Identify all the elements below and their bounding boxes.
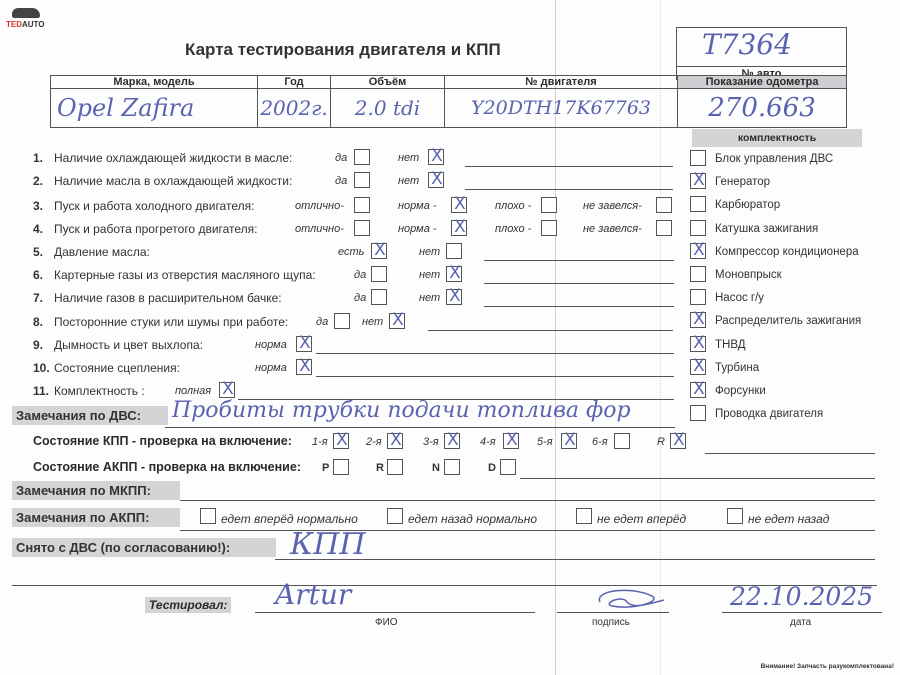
mkpp-remarks-label: Замечания по МКПП: bbox=[12, 481, 180, 500]
question-text: Давление масла: bbox=[54, 245, 150, 259]
akpp-gear-label: P bbox=[322, 462, 329, 474]
car-number-box: T7364 № авто bbox=[676, 27, 847, 80]
check-mark-icon: X bbox=[452, 217, 468, 237]
akpp-gear-label: N bbox=[432, 462, 440, 474]
option-checkbox[interactable]: X bbox=[371, 243, 387, 259]
option-label: отлично- bbox=[295, 223, 344, 235]
question-number: 4. bbox=[33, 222, 43, 236]
check-mark-icon: X bbox=[334, 430, 350, 450]
gear-checkbox[interactable]: X bbox=[387, 433, 403, 449]
volume-value: 2.0 tdi bbox=[331, 89, 445, 128]
option-label: плохо - bbox=[495, 200, 531, 212]
gear-checkbox[interactable]: X bbox=[444, 433, 460, 449]
completeness-checkbox[interactable]: X bbox=[690, 173, 706, 189]
removed-label: Снято с ДВС (по согласованию!): bbox=[12, 538, 276, 557]
completeness-checkbox[interactable] bbox=[690, 220, 706, 236]
akpp-gear-checkbox[interactable] bbox=[444, 459, 460, 475]
completeness-item-label: Распределитель зажигания bbox=[715, 315, 861, 327]
check-mark-icon: X bbox=[445, 430, 461, 450]
option-label: нет bbox=[419, 246, 440, 258]
question-text: Комплектность : bbox=[54, 384, 145, 398]
question-notes-line[interactable] bbox=[465, 166, 673, 167]
car-icon bbox=[12, 8, 40, 18]
option-checkbox[interactable] bbox=[334, 313, 350, 329]
model-value: Opel Zafira bbox=[51, 89, 258, 128]
question-text: Пуск и работа холодного двигателя: bbox=[54, 199, 254, 213]
engine-remarks-label: Замечания по ДВС: bbox=[12, 406, 168, 425]
akpp-remarks-underline[interactable] bbox=[180, 530, 875, 531]
check-mark-icon: X bbox=[372, 240, 388, 260]
logo: TEDAUTO bbox=[6, 8, 46, 29]
akpp-gear-checkbox[interactable] bbox=[333, 459, 349, 475]
gear-label: 6-я bbox=[592, 436, 608, 448]
completeness-item-label: Генератор bbox=[715, 176, 770, 188]
question-notes-line[interactable] bbox=[316, 376, 674, 377]
completeness-item-label: Насос г/у bbox=[715, 292, 764, 304]
akpp-remark-checkbox[interactable] bbox=[200, 508, 216, 524]
car-number-value: T7364 bbox=[702, 28, 792, 61]
option-label: плохо - bbox=[495, 223, 531, 235]
option-checkbox[interactable]: X bbox=[451, 197, 467, 213]
question-notes-line[interactable] bbox=[316, 353, 674, 354]
akpp-gear-checkbox[interactable] bbox=[387, 459, 403, 475]
check-mark-icon: X bbox=[504, 430, 520, 450]
option-label: нет bbox=[398, 152, 419, 164]
col-header-model: Марка, модель bbox=[51, 76, 258, 89]
option-label: отлично- bbox=[295, 200, 344, 212]
removed-value[interactable]: КПП bbox=[290, 527, 366, 562]
akpp-gear-checkbox[interactable] bbox=[500, 459, 516, 475]
gear-label: 5-я bbox=[537, 436, 553, 448]
gear-checkbox[interactable]: X bbox=[503, 433, 519, 449]
gear-label: 3-я bbox=[423, 436, 439, 448]
option-label: норма - bbox=[398, 200, 437, 212]
completeness-checkbox[interactable]: X bbox=[690, 336, 706, 352]
year-value: 2002г. bbox=[258, 89, 331, 128]
question-notes-line[interactable] bbox=[484, 283, 674, 284]
completeness-item-label: Форсунки bbox=[715, 385, 766, 397]
question-text: Наличие охлаждающей жидкости в масле: bbox=[54, 151, 292, 165]
check-mark-icon: X bbox=[691, 379, 707, 399]
option-label: нет bbox=[419, 269, 440, 281]
completeness-item-label: Карбюратор bbox=[715, 199, 780, 211]
check-mark-icon: X bbox=[691, 170, 707, 190]
option-label: нет bbox=[362, 316, 383, 328]
auto-gearbox-underline bbox=[520, 478, 875, 479]
option-label: да bbox=[335, 152, 347, 164]
option-checkbox[interactable]: X bbox=[219, 382, 235, 398]
akpp-gear-label: R bbox=[376, 462, 384, 474]
option-label: да bbox=[354, 269, 366, 281]
option-label: норма bbox=[255, 362, 287, 374]
tested-by-label: Тестировал: bbox=[145, 597, 231, 613]
completeness-item-label: Блок управления ДВС bbox=[715, 153, 833, 165]
question-notes-line[interactable] bbox=[465, 189, 673, 190]
completeness-item-label: Компрессор кондиционера bbox=[715, 246, 859, 258]
tester-name-value[interactable]: Artur bbox=[275, 578, 351, 611]
logo-text-dark: AUTO bbox=[22, 20, 45, 29]
question-notes-line[interactable] bbox=[484, 306, 674, 307]
option-checkbox[interactable] bbox=[354, 149, 370, 165]
option-checkbox[interactable] bbox=[446, 243, 462, 259]
question-number: 9. bbox=[33, 338, 43, 352]
question-text: Дымность и цвет выхлопа: bbox=[54, 338, 203, 352]
signature-underline bbox=[557, 612, 669, 613]
completeness-item-label: Турбина bbox=[715, 362, 759, 374]
option-checkbox[interactable]: X bbox=[446, 289, 462, 305]
completeness-checkbox[interactable]: X bbox=[690, 312, 706, 328]
option-checkbox[interactable] bbox=[541, 220, 557, 236]
question-number: 8. bbox=[33, 315, 43, 329]
question-number: 6. bbox=[33, 268, 43, 282]
auto-gearbox-label: Состояние АКПП - проверка на включение: bbox=[33, 460, 301, 474]
question-notes-line[interactable] bbox=[428, 330, 673, 331]
option-label: не завелся- bbox=[583, 223, 642, 235]
check-mark-icon: X bbox=[562, 430, 578, 450]
mkpp-remarks-field[interactable] bbox=[180, 500, 875, 501]
question-text: Наличие газов в расширительном бачке: bbox=[54, 291, 282, 305]
completeness-checkbox[interactable]: X bbox=[690, 382, 706, 398]
engine-remarks-value[interactable]: Пробиты трубки подачи топлива фор bbox=[172, 398, 631, 423]
question-number: 2. bbox=[33, 174, 43, 188]
vehicle-info-table: Марка, модель Год Объём № двигателя Пока… bbox=[50, 75, 847, 128]
question-text: Состояние сцепления: bbox=[54, 361, 180, 375]
option-checkbox[interactable] bbox=[656, 220, 672, 236]
completeness-checkbox[interactable]: X bbox=[690, 243, 706, 259]
option-label: нет bbox=[419, 292, 440, 304]
option-label: да bbox=[354, 292, 366, 304]
check-mark-icon: X bbox=[691, 333, 707, 353]
option-checkbox[interactable] bbox=[371, 289, 387, 305]
option-label: есть bbox=[338, 246, 364, 258]
gear-checkbox[interactable]: X bbox=[561, 433, 577, 449]
gear-label: 1-я bbox=[312, 436, 328, 448]
option-checkbox[interactable] bbox=[541, 197, 557, 213]
name-caption: ФИО bbox=[375, 617, 398, 628]
check-mark-icon: X bbox=[691, 240, 707, 260]
akpp-gear-label: D bbox=[488, 462, 496, 474]
engine-remarks-underline bbox=[165, 427, 675, 428]
check-mark-icon: X bbox=[429, 169, 445, 189]
akpp-remark-checkbox[interactable] bbox=[387, 508, 403, 524]
manual-gearbox-label: Состояние КПП - проверка на включение: bbox=[33, 434, 292, 448]
engine-no-value: Y20DTH17K67763 bbox=[445, 89, 678, 128]
gear-checkbox[interactable]: X bbox=[333, 433, 349, 449]
option-checkbox[interactable] bbox=[371, 266, 387, 282]
date-value[interactable]: 22.10.2025 bbox=[730, 582, 873, 611]
akpp-remark-checkbox[interactable] bbox=[727, 508, 743, 524]
option-checkbox[interactable]: X bbox=[451, 220, 467, 236]
option-checkbox[interactable] bbox=[354, 220, 370, 236]
odometer-value: 270.663 bbox=[678, 89, 847, 128]
check-mark-icon: X bbox=[220, 379, 236, 399]
check-mark-icon: X bbox=[691, 356, 707, 376]
warning-text: Внимание! Запчасть разукомплектована! bbox=[761, 663, 894, 670]
question-number: 1. bbox=[33, 151, 43, 165]
removed-underline bbox=[275, 559, 875, 560]
completeness-checkbox[interactable] bbox=[690, 405, 706, 421]
check-mark-icon: X bbox=[671, 430, 687, 450]
option-label: нет bbox=[398, 175, 419, 187]
question-notes-line[interactable] bbox=[484, 260, 674, 261]
option-label: полная bbox=[175, 385, 211, 397]
option-label: да bbox=[316, 316, 328, 328]
option-checkbox[interactable]: X bbox=[446, 266, 462, 282]
option-checkbox[interactable] bbox=[656, 197, 672, 213]
check-mark-icon: X bbox=[429, 146, 445, 166]
akpp-remark-label: едет назад нормально bbox=[408, 512, 537, 526]
question-number: 10. bbox=[33, 361, 50, 375]
signature-caption: подпись bbox=[592, 617, 630, 628]
option-checkbox[interactable] bbox=[354, 197, 370, 213]
completeness-item-label: Моновпрыск bbox=[715, 269, 782, 281]
col-header-volume: Объём bbox=[331, 76, 445, 89]
option-checkbox[interactable]: X bbox=[389, 313, 405, 329]
check-mark-icon: X bbox=[297, 333, 313, 353]
option-checkbox[interactable] bbox=[354, 172, 370, 188]
gear-checkbox[interactable]: X bbox=[670, 433, 686, 449]
option-label: не завелся- bbox=[583, 200, 642, 212]
gear-checkbox[interactable] bbox=[614, 433, 630, 449]
option-checkbox[interactable]: X bbox=[296, 359, 312, 375]
completeness-checkbox[interactable] bbox=[690, 289, 706, 305]
completeness-checkbox[interactable] bbox=[690, 150, 706, 166]
signature[interactable] bbox=[592, 588, 666, 610]
akpp-remark-checkbox[interactable] bbox=[576, 508, 592, 524]
logo-text-red: TED bbox=[6, 20, 22, 29]
completeness-checkbox[interactable]: X bbox=[690, 359, 706, 375]
check-mark-icon: X bbox=[452, 194, 468, 214]
question-text: Посторонние стуки или шумы при работе: bbox=[54, 315, 288, 329]
akpp-remarks-label: Замечания по АКПП: bbox=[12, 508, 180, 527]
manual-gearbox-underline bbox=[705, 453, 875, 454]
option-label: норма - bbox=[398, 223, 437, 235]
check-mark-icon: X bbox=[297, 356, 313, 376]
question-text: Картерные газы из отверстия масляного щу… bbox=[54, 268, 316, 282]
completeness-item-label: Катушка зажигания bbox=[715, 223, 818, 235]
akpp-remark-label: едет вперёд нормально bbox=[221, 512, 358, 526]
check-mark-icon: X bbox=[390, 310, 406, 330]
question-text: Пуск и работа прогретого двигателя: bbox=[54, 222, 258, 236]
col-header-engine-no: № двигателя bbox=[445, 76, 678, 89]
gear-label: 2-я bbox=[366, 436, 382, 448]
option-checkbox[interactable]: X bbox=[428, 149, 444, 165]
check-mark-icon: X bbox=[447, 263, 463, 283]
col-header-odometer: Показание одометра bbox=[678, 76, 847, 89]
completeness-header: комплектность bbox=[692, 129, 862, 147]
question-number: 5. bbox=[33, 245, 43, 259]
gear-label: R bbox=[657, 436, 665, 448]
gear-label: 4-я bbox=[480, 436, 496, 448]
date-caption: дата bbox=[790, 617, 811, 628]
option-label: норма bbox=[255, 339, 287, 351]
question-text: Наличие масла в охлаждающей жидкости: bbox=[54, 174, 292, 188]
completeness-checkbox[interactable] bbox=[690, 196, 706, 212]
check-mark-icon: X bbox=[388, 430, 404, 450]
page-title: Карта тестирования двигателя и КПП bbox=[185, 40, 501, 60]
option-label: да bbox=[335, 175, 347, 187]
check-mark-icon: X bbox=[447, 286, 463, 306]
akpp-remark-label: не едет назад bbox=[748, 512, 829, 526]
check-mark-icon: X bbox=[691, 309, 707, 329]
question-number: 3. bbox=[33, 199, 43, 213]
akpp-remark-label: не едет вперёд bbox=[597, 512, 686, 526]
completeness-item-label: Проводка двигателя bbox=[715, 408, 823, 420]
option-checkbox[interactable]: X bbox=[428, 172, 444, 188]
question-number: 11. bbox=[33, 384, 49, 398]
completeness-checkbox[interactable] bbox=[690, 266, 706, 282]
date-underline bbox=[722, 612, 882, 613]
name-underline bbox=[255, 612, 535, 613]
option-checkbox[interactable]: X bbox=[296, 336, 312, 352]
completeness-item-label: ТНВД bbox=[715, 339, 746, 351]
question-number: 7. bbox=[33, 291, 43, 305]
col-header-year: Год bbox=[258, 76, 331, 89]
